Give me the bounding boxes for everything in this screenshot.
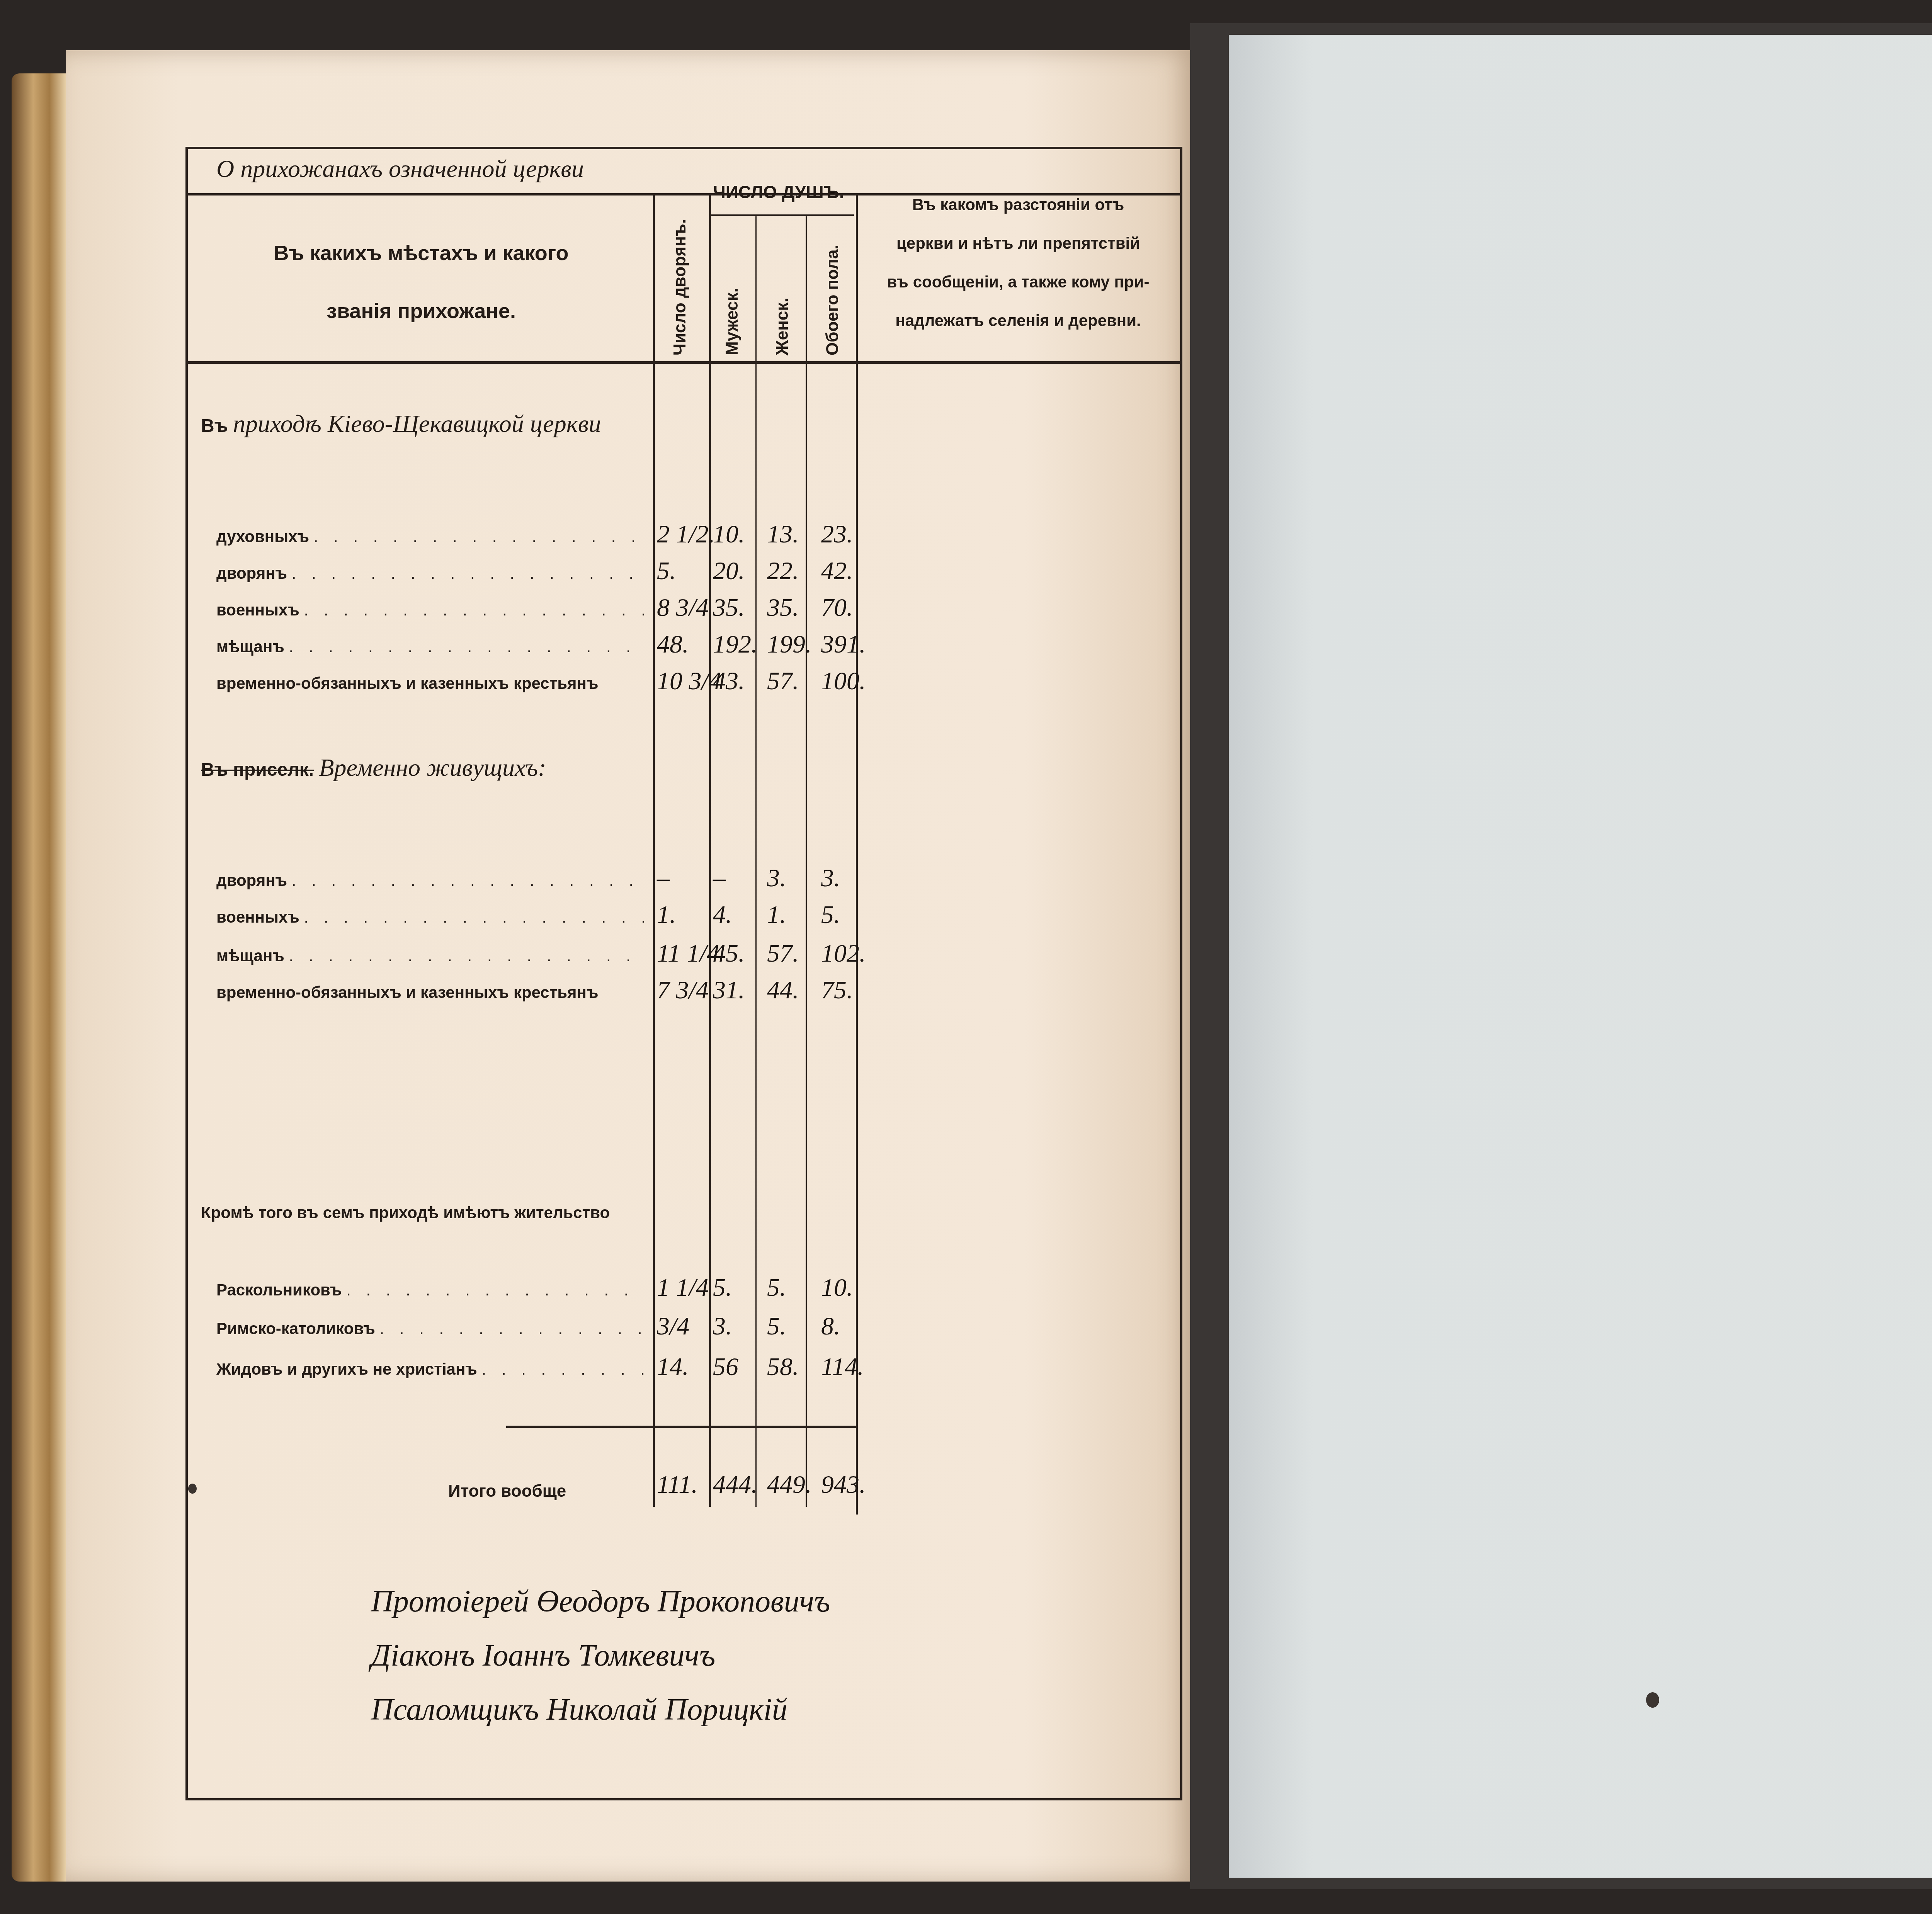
cell-both: 102. [817, 939, 875, 968]
header-souls: ЧИСЛО ДУШЪ. [709, 182, 848, 202]
cell-households: 1 1/4 [653, 1273, 711, 1302]
table-row: временно-обязанныхъ и казенныхъ крестьян… [216, 666, 1082, 701]
cell-female: 199. [763, 630, 821, 659]
cell-households: 7 3/4 [653, 976, 711, 1005]
cell-both: 10. [817, 1273, 875, 1302]
row-label: временно-обязанныхъ и казенныхъ крестьян… [216, 674, 645, 693]
header-places: Въ какихъ мѣстахъ и какого званія прихож… [209, 224, 634, 340]
cell-male: 5. [709, 1273, 767, 1302]
cell-both: 75. [817, 976, 875, 1005]
signature-archpriest: Протоіерей Өеодоръ Прокоповичъ [371, 1584, 830, 1619]
cell-households: 2 1/2. [653, 520, 711, 549]
table-row: Римско-католиковъ . . . . . . . . . . . … [216, 1312, 1082, 1346]
row-label: дворянъ . . . . . . . . . . . . . . . . … [216, 564, 645, 583]
souls-rule [711, 214, 854, 216]
cell-male: 4. [709, 900, 767, 930]
cell-male: 192. [709, 630, 767, 659]
cell-male: 3. [709, 1312, 767, 1341]
cell-male: 31. [709, 976, 767, 1005]
row-label: Раскольниковъ . . . . . . . . . . . . . … [216, 1281, 645, 1299]
signature-psalmist: Псаломщикъ Николай Порицкій [371, 1692, 787, 1727]
cell-households: 11 1/4 [653, 939, 711, 968]
cell-female: 5. [763, 1273, 821, 1302]
cell-male: 20. [709, 556, 767, 586]
total-row: 111. 444. 449. 943. [216, 1470, 1082, 1505]
cell-both: 5. [817, 900, 875, 930]
table-row: духовныхъ . . . . . . . . . . . . . . . … [216, 520, 1082, 554]
header-households: Число дворянъ. [670, 216, 690, 355]
table-row: Жидовъ и другихъ не христіанъ . . . . . … [216, 1352, 1082, 1387]
header-female: Женск. [773, 286, 792, 355]
cell-male: 56 [709, 1352, 767, 1382]
cell-female: 22. [763, 556, 821, 586]
row-label: военныхъ . . . . . . . . . . . . . . . .… [216, 601, 645, 619]
cell-female: 57. [763, 666, 821, 696]
total-female: 449. [763, 1470, 821, 1499]
header-distance: Въ какомъ разстояніи отъ церкви и нѣтъ л… [860, 185, 1177, 340]
header-both: Обоего пола. [823, 232, 842, 355]
cell-both: 23. [817, 520, 875, 549]
cell-both: 100. [817, 666, 875, 696]
cell-households: 8 3/4 [653, 593, 711, 622]
cell-male: 45. [709, 939, 767, 968]
row-label: временно-обязанныхъ и казенныхъ крестьян… [216, 983, 645, 1002]
right-page-cover [1190, 23, 1932, 1889]
ink-spot [1646, 1692, 1659, 1708]
table-row: мѣщанъ . . . . . . . . . . . . . . . . .… [216, 630, 1082, 665]
row-label: Жидовъ и другихъ не христіанъ . . . . . … [216, 1360, 645, 1379]
section-title: Въ приселк. Временно живущихъ: [201, 753, 546, 782]
row-label: военныхъ . . . . . . . . . . . . . . . .… [216, 908, 645, 926]
blank-page [1229, 35, 1932, 1878]
table-row: временно-обязанныхъ и казенныхъ крестьян… [216, 976, 1082, 1010]
cell-female: 5. [763, 1312, 821, 1341]
cell-both: 391. [817, 630, 875, 659]
cell-households: 5. [653, 556, 711, 586]
cell-male: 10. [709, 520, 767, 549]
section-title: Кромѣ того въ семъ приходѣ имѣютъ житель… [201, 1203, 610, 1222]
table-row: дворянъ . . . . . . . . . . . . . . . . … [216, 864, 1082, 898]
header-rule [187, 361, 1180, 364]
cell-female: 1. [763, 900, 821, 930]
cell-both: 70. [817, 593, 875, 622]
book-page-edges [12, 73, 66, 1882]
table-frame [185, 147, 1182, 1800]
table-row: мѣщанъ . . . . . . . . . . . . . . . . .… [216, 939, 1082, 974]
row-label: мѣщанъ . . . . . . . . . . . . . . . . .… [216, 947, 645, 965]
sum-rule [506, 1426, 856, 1428]
table-row: дворянъ . . . . . . . . . . . . . . . . … [216, 556, 1082, 591]
cell-female: 44. [763, 976, 821, 1005]
ink-spot [188, 1484, 197, 1494]
total-both: 943. [817, 1470, 875, 1499]
row-label: духовныхъ . . . . . . . . . . . . . . . … [216, 527, 645, 546]
cell-households: 1. [653, 900, 711, 930]
col-divider [709, 193, 711, 1507]
signature-deacon: Діаконъ Іоаннъ Томкевичъ [371, 1638, 715, 1673]
header-male: Мужеск. [723, 270, 742, 355]
cell-households: 14. [653, 1352, 711, 1382]
cell-female: 13. [763, 520, 821, 549]
cell-households: 48. [653, 630, 711, 659]
cell-female: 3. [763, 864, 821, 893]
table-row: военныхъ . . . . . . . . . . . . . . . .… [216, 593, 1082, 628]
cell-male: – [709, 864, 767, 893]
cell-households: 3/4 [653, 1312, 711, 1341]
cell-male: 43. [709, 666, 767, 696]
table-row: Раскольниковъ . . . . . . . . . . . . . … [216, 1273, 1082, 1308]
cell-female: 58. [763, 1352, 821, 1382]
total-households: 111. [653, 1470, 711, 1499]
section-title: Въ приходѣ Кіево-Щекавицкой церкви [201, 410, 601, 438]
row-label: мѣщанъ . . . . . . . . . . . . . . . . .… [216, 637, 645, 656]
cell-households: 10 3/4 [653, 666, 711, 696]
cell-female: 57. [763, 939, 821, 968]
cell-both: 42. [817, 556, 875, 586]
sheet-title: О прихожанахъ означенной церкви [216, 155, 584, 183]
cell-male: 35. [709, 593, 767, 622]
row-label: Римско-католиковъ . . . . . . . . . . . … [216, 1319, 645, 1338]
col-divider [653, 193, 655, 1507]
total-male: 444. [709, 1470, 767, 1499]
cell-households: – [653, 864, 711, 893]
cell-both: 3. [817, 864, 875, 893]
row-label: дворянъ . . . . . . . . . . . . . . . . … [216, 871, 645, 890]
table-row: военныхъ . . . . . . . . . . . . . . . .… [216, 900, 1082, 935]
cell-both: 114. [817, 1352, 875, 1382]
cell-female: 35. [763, 593, 821, 622]
cell-both: 8. [817, 1312, 875, 1341]
